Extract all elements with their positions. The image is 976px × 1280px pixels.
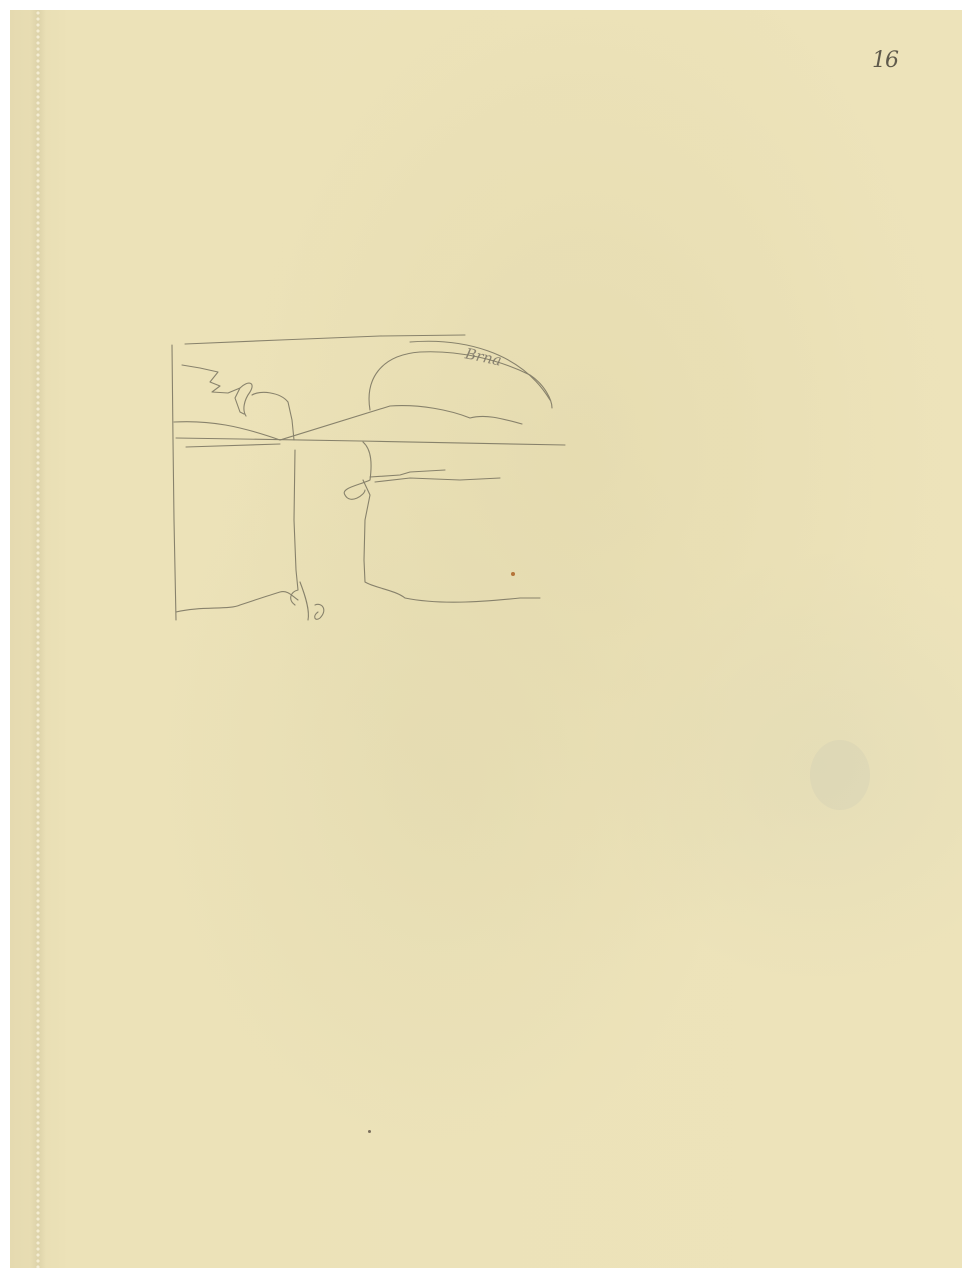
perforated-edge: [35, 10, 41, 1268]
pencil-dot: [368, 1130, 371, 1133]
sketch-drawing: [160, 320, 580, 640]
faint-blotch: [810, 740, 870, 810]
paper-page: 16: [10, 10, 962, 1268]
pencil-sketch: Brna: [160, 320, 580, 640]
page-number: 16: [872, 48, 898, 73]
rust-spot: [511, 572, 515, 576]
